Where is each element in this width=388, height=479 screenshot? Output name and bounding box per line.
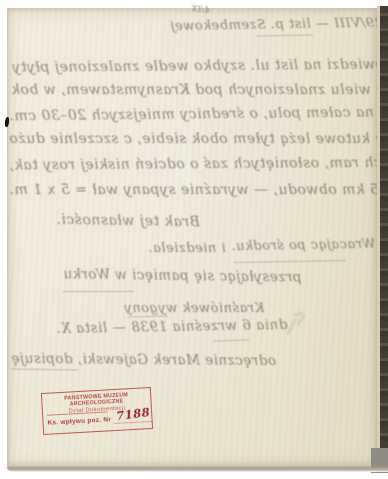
handwriting-line: Kamienne kutowe leżą tyłem obok siebie, … — [9, 132, 388, 146]
scan-edge-bottom — [7, 466, 388, 472]
letter-page-verso: 4/IX Odp. 29/VIII — list p. Szembekowej … — [7, 8, 379, 469]
handwriting-superscript: 4/IX — [191, 5, 210, 15]
pencil-smudge — [297, 314, 305, 325]
handwriting-line: przesyłając się pamięci w Worku — [63, 268, 302, 285]
handwriting-line: dnia 6 września 1938 — lista X. — [56, 319, 288, 337]
handwriting-underline — [128, 316, 168, 318]
handwriting-line: Wracając po środku. — [231, 238, 375, 254]
handwriting-underline — [63, 291, 134, 292]
handwriting-underline — [234, 260, 346, 263]
handwriting-underline — [11, 369, 78, 371]
scan-edge-right — [377, 6, 388, 452]
handwriting-line: W odpowiedzi na list ul. szybko wedle zn… — [12, 57, 388, 75]
handwriting-underline — [214, 339, 249, 341]
handwriting-line: odręcznie Marek Gajewski, dopisuję — [11, 353, 276, 369]
stamp-register-label: Ks. wpływu poz. Nr — [47, 416, 111, 427]
handwriting-line: rozmiar nie wielu znalezionych pod Krasn… — [11, 83, 388, 97]
archive-intake-stamp: PAŃSTWOWE MUZEUM ARCHEOLOGICZNE Dział Do… — [41, 387, 153, 435]
handwriting-line: by x 3,5 km obwodu, — wyraźnie sypany wa… — [9, 183, 388, 197]
handwriting-line: Niemysłów na całem polu, o średnicy mnie… — [9, 105, 388, 124]
handwriting-line: i niedziela. — [148, 242, 226, 255]
handwriting-underline — [256, 35, 313, 37]
ink-blot-mark — [4, 117, 9, 127]
handwriting-line: szerokich ram, osłoniętych zaś o odcień … — [9, 156, 388, 173]
handwriting-line: Kraśniówek wygony — [124, 302, 264, 315]
handwriting-line: Odp. 29/VIII — list p. Szembekowej — [170, 16, 388, 33]
scanned-page-view: 4/IX Odp. 29/VIII — list p. Szembekowej … — [0, 0, 388, 479]
handwriting-line: Brak tej własności. — [56, 213, 200, 230]
pencil-smudge — [287, 318, 297, 335]
